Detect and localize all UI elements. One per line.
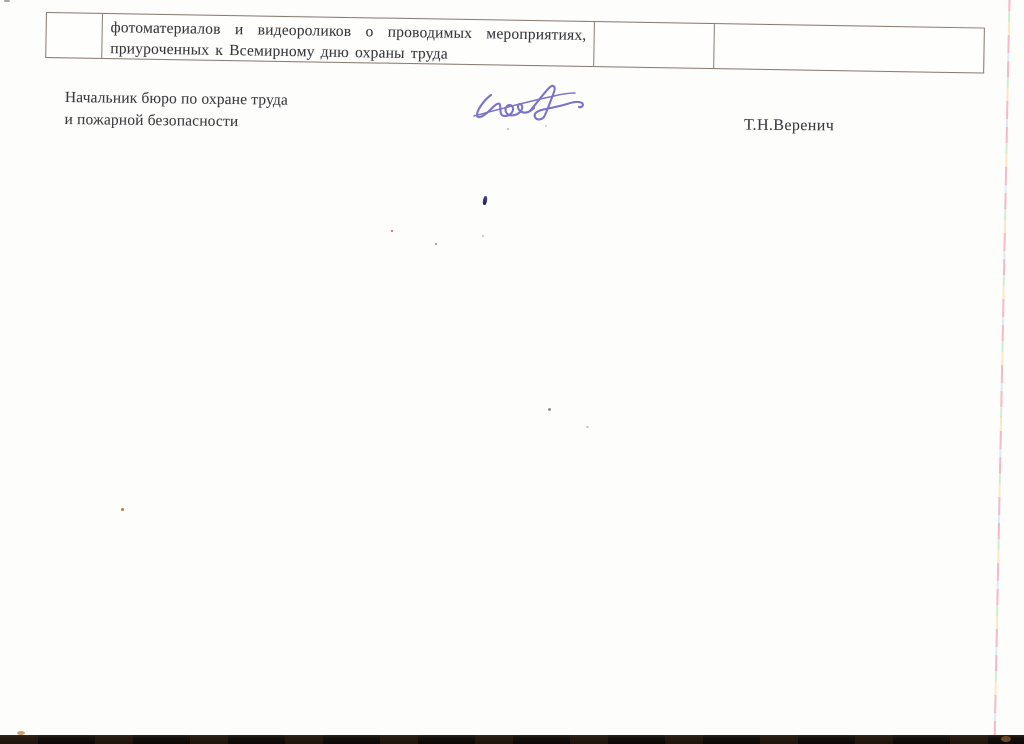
activity-word: фотоматериалов xyxy=(110,17,220,40)
table-cell-deadline xyxy=(594,22,714,68)
signature-stroke-tall xyxy=(530,86,583,120)
activity-word: о xyxy=(365,21,373,42)
table-cell-number xyxy=(46,13,103,58)
scan-speck xyxy=(545,125,547,127)
scan-speck xyxy=(391,230,393,232)
scan-speck xyxy=(586,426,589,428)
scanned-document-page: фотоматериалов и видеороликов о проводим… xyxy=(0,0,1024,744)
scan-speck xyxy=(435,243,437,245)
activity-word: проводимых xyxy=(388,22,473,44)
scan-speck xyxy=(1001,736,1011,742)
scanner-bed-strip xyxy=(0,735,1024,744)
scan-speck xyxy=(4,0,10,2)
signer-name: Т.Н.Веренич xyxy=(744,117,834,136)
activity-word: мероприятиях, xyxy=(486,23,586,46)
activity-word: видеороликов xyxy=(257,20,351,43)
table-cell-activity: фотоматериалов и видеороликов о проводим… xyxy=(102,14,595,66)
signer-title-line1: Начальник бюро по охране труда xyxy=(65,87,288,111)
handwritten-signature-image xyxy=(468,84,598,144)
plan-table-fragment: фотоматериалов и видеороликов о проводим… xyxy=(45,12,985,74)
activity-word: и xyxy=(235,19,244,40)
signer-title: Начальник бюро по охране труда и пожарно… xyxy=(64,87,288,133)
table-cell-responsible xyxy=(714,24,984,72)
scan-speck xyxy=(121,508,124,511)
scan-speck xyxy=(507,128,509,130)
signature-stroke-loops xyxy=(477,95,534,117)
scan-speck xyxy=(17,731,25,735)
scan-speck xyxy=(482,235,484,237)
ink-speck xyxy=(482,196,487,205)
scan-speck xyxy=(548,408,551,411)
scan-edge-line xyxy=(993,0,1010,744)
signer-title-line2: и пожарной безопасности xyxy=(64,108,287,132)
